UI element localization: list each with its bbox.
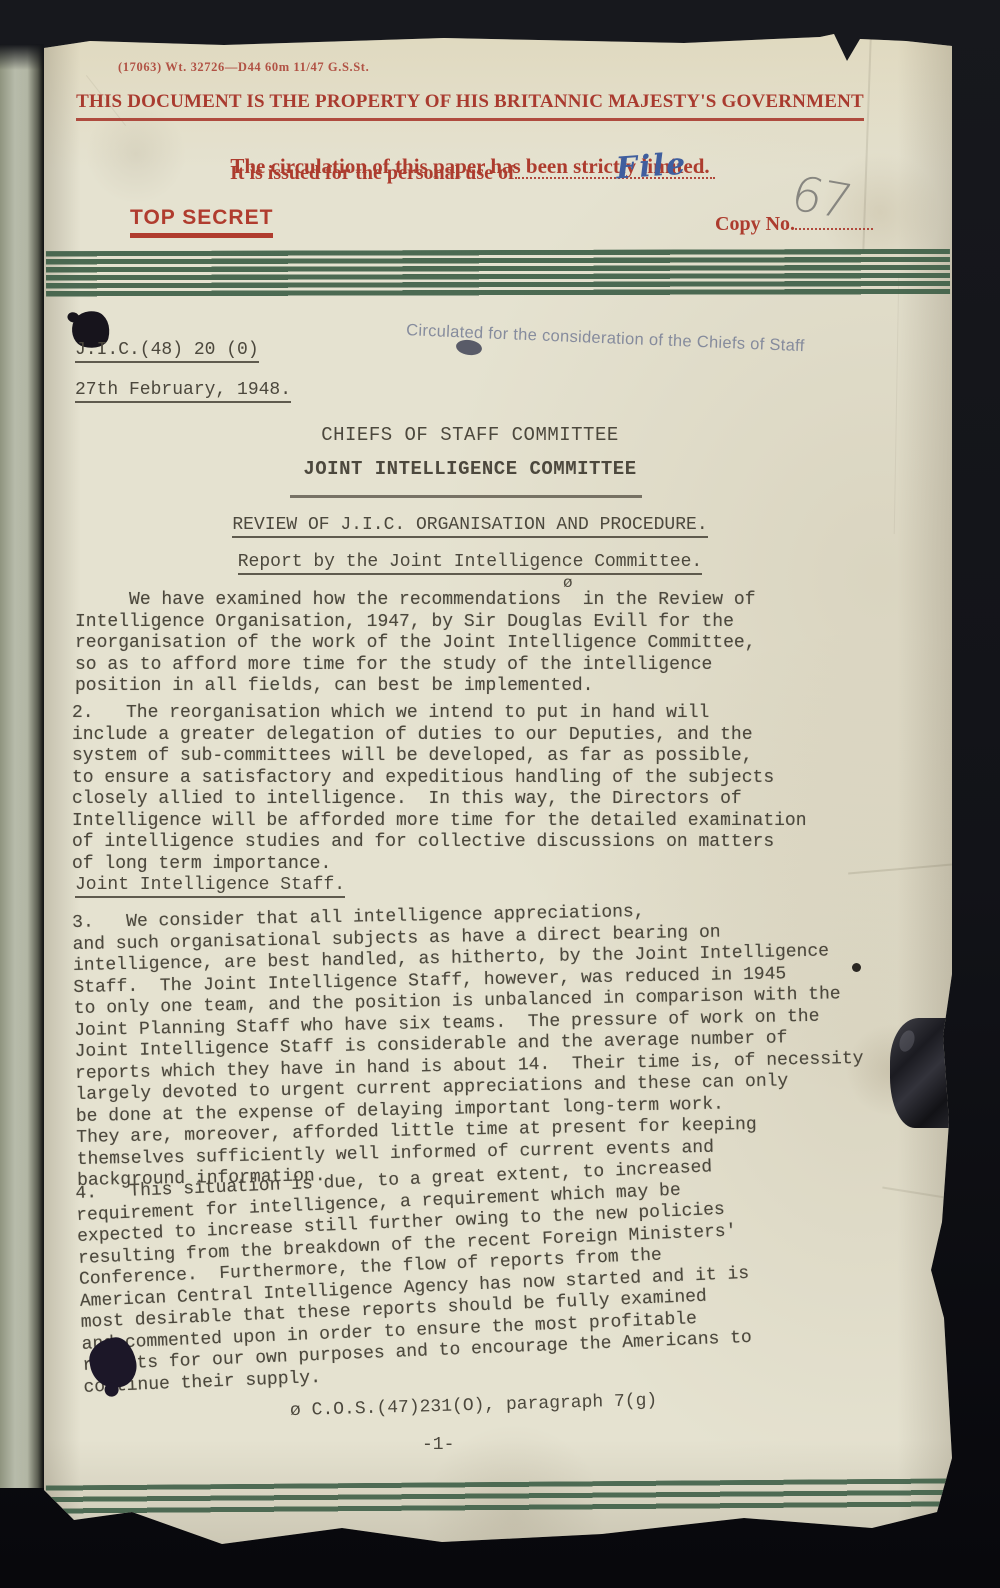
security-stripes-top (46, 249, 950, 297)
property-notice: THIS DOCUMENT IS THE PROPERTY OF HIS BRI… (76, 91, 864, 121)
subject-heading-text: REVIEW OF J.I.C. ORGANISATION AND PROCED… (232, 515, 707, 538)
crease (848, 863, 952, 874)
tape-blob (890, 1018, 952, 1128)
issued-line: It is issued for the personal use of Fil… (230, 162, 715, 185)
adjacent-page-edge (0, 44, 44, 1488)
classification-stamp: TOP SECRET (130, 206, 273, 238)
document-date: 27th February, 1948. (75, 380, 291, 403)
ink-speck (852, 963, 861, 972)
circulation-stamp: Circulated for the consideration of the … (406, 321, 946, 362)
reference-number-text: J.I.C.(48) 20 (0) (75, 340, 259, 363)
footnote-reference: ø C.O.S.(47)231(O), paragraph 7(g) (290, 1391, 658, 1421)
paper-sheet: (17063) Wt. 32726—D44 60m 11/47 G.S.St. … (44, 34, 952, 1546)
document-date-text: 27th February, 1948. (75, 380, 291, 403)
page-number: -1- (422, 1435, 454, 1455)
property-notice-line: THIS DOCUMENT IS THE PROPERTY OF HIS BRI… (44, 91, 896, 121)
printer-code: (17063) Wt. 32726—D44 60m 11/47 G.S.St. (118, 60, 369, 75)
subject-heading: REVIEW OF J.I.C. ORGANISATION AND PROCED… (44, 515, 896, 538)
paragraph-1: We have examined how the recommendations… (75, 590, 756, 698)
report-heading-text: Report by the Joint Intelligence Committ… (238, 552, 702, 575)
subcommittee-heading: JOINT INTELLIGENCE COMMITTEE (44, 458, 896, 480)
handwritten-recipient: File (615, 147, 688, 187)
committee-heading: CHIEFS OF STAFF COMMITTEE (44, 424, 896, 446)
paragraph-4: 4. This situation is due, to a great ext… (75, 1156, 753, 1399)
crease (894, 274, 900, 534)
report-heading: Report by the Joint Intelligence Committ… (44, 552, 896, 575)
scan-background: (17063) Wt. 32726—D44 60m 11/47 G.S.St. … (0, 0, 1000, 1588)
paragraph-3: 3. We consider that all intelligence app… (72, 898, 866, 1193)
security-stripes-bottom (46, 1478, 948, 1515)
crease (882, 1187, 951, 1200)
paragraph-2: 2. The reorganisation which we intend to… (72, 703, 807, 875)
reference-number: J.I.C.(48) 20 (0) (75, 340, 259, 363)
copy-number-label: Copy No. (715, 213, 795, 235)
section-heading: Joint Intelligence Staff. (75, 875, 345, 898)
issued-label: It is issued for the personal use of (230, 162, 515, 184)
heading-rule (290, 495, 642, 498)
section-heading-text: Joint Intelligence Staff. (75, 875, 345, 898)
